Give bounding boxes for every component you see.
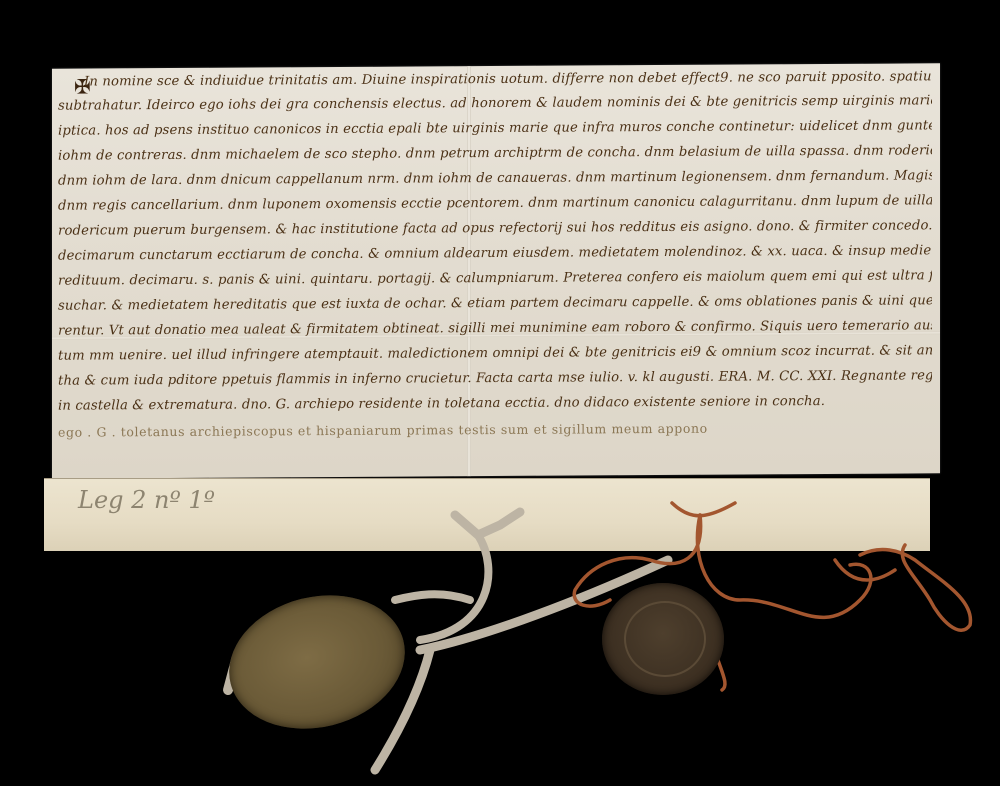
wax-seal-right (602, 583, 724, 695)
seal-effigy-icon (624, 601, 706, 677)
seal-cords (0, 0, 1000, 786)
